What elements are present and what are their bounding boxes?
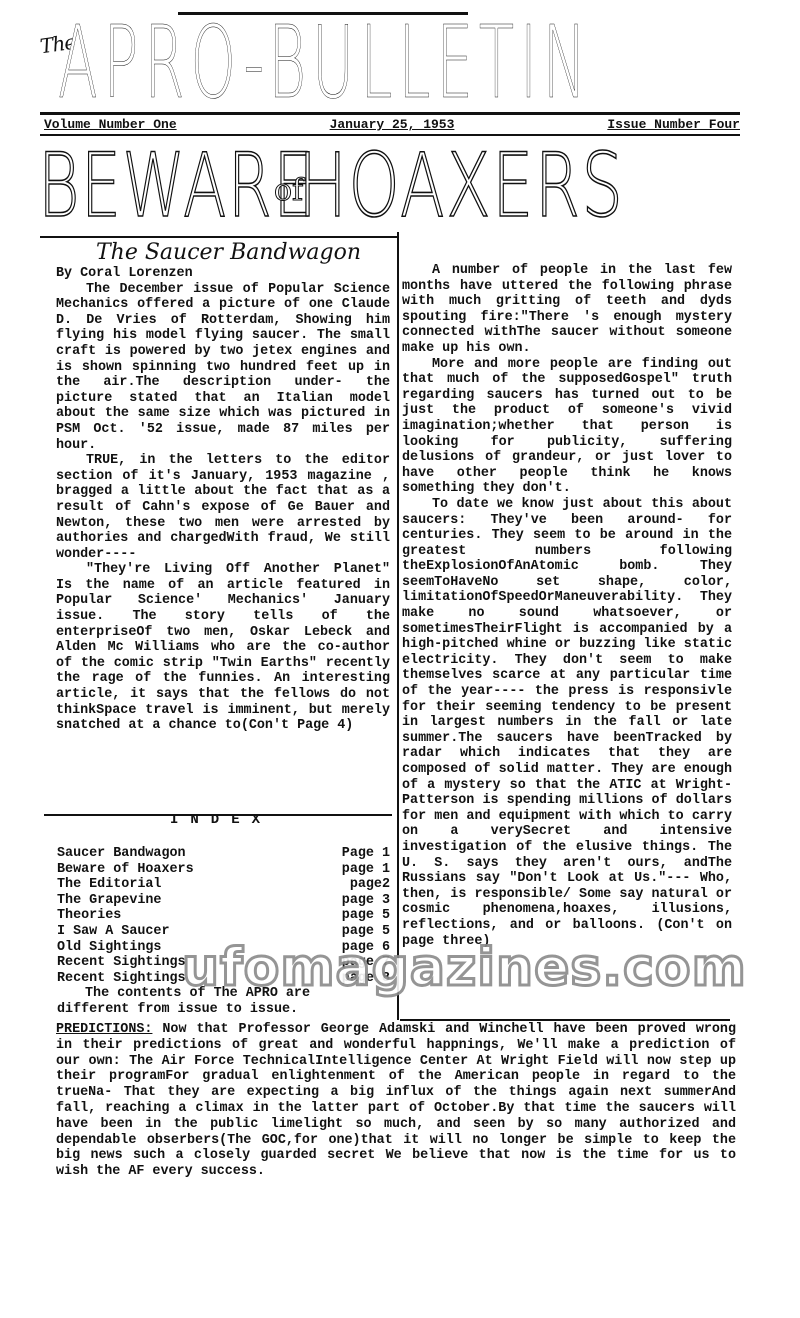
index-entry-label: The Editorial [57, 877, 161, 893]
index-entry: Saucer BandwagonPage 1 [57, 846, 390, 862]
index-entry-page: page 6 [342, 940, 390, 956]
index-entry: The Editorialpage2 [57, 877, 390, 893]
right-paragraph: A number of people in the last few month… [402, 263, 732, 357]
index-entry-page: page 7 [342, 955, 390, 971]
index-entry-label: Old Sightings [57, 940, 161, 956]
index-entry-label: Recent Sightings [57, 971, 186, 987]
bulletin-page: The APRO-BULLETIN Volume Number One Janu… [0, 0, 800, 1318]
left-article: By Coral Lorenzen The December issue of … [56, 266, 390, 734]
index-entry: Recent Sightingspage 7 [57, 955, 390, 971]
index-entry-page: page2 [350, 877, 390, 893]
headline-word-hoaxers: HOAXERS [298, 140, 624, 232]
masthead-rule [40, 112, 740, 115]
index-entry-page: page 3 [342, 893, 390, 909]
index-entry-page: page 5 [342, 924, 390, 940]
right-paragraph: More and more people are finding out tha… [402, 357, 732, 497]
left-paragraph: The December issue of Popular Science Me… [56, 282, 390, 454]
index-entry-label: Beware of Hoaxers [57, 862, 194, 878]
headline: BEWARE of HOAXERS [36, 140, 756, 232]
left-column-top-rule [40, 236, 398, 238]
right-paragraph: To date we know just about this about sa… [402, 497, 732, 949]
index-note-line: different from issue to issue. [57, 1002, 390, 1018]
predictions-section: PREDICTIONS: Now that Professor George A… [56, 1022, 736, 1180]
index-entry-label: Theories [57, 908, 121, 924]
left-paragraph: "They're Living Off Another Planet" Is t… [56, 562, 390, 734]
index-entry-label: I Saw A Saucer [57, 924, 170, 940]
index-entry: I Saw A Saucerpage 5 [57, 924, 390, 940]
index-entry: Beware of Hoaxerspage 1 [57, 862, 390, 878]
index-entry-label: Recent Sightings [57, 955, 186, 971]
predictions-text: Now that Professor George Adamski and Wi… [56, 1022, 736, 1179]
index-title: INDEX [56, 812, 386, 828]
issue-date: January 25, 1953 [330, 117, 455, 135]
issue-line: Volume Number One January 25, 1953 Issue… [44, 117, 740, 135]
right-article: A number of people in the last few month… [402, 263, 732, 949]
index-entry: Old Sightingspage 6 [57, 940, 390, 956]
index-note: The contents of The APRO are different f… [57, 986, 390, 1017]
index-entry-page: Page 1 [342, 846, 390, 862]
issue-number: Issue Number Four [607, 117, 740, 135]
index-entry-label: Saucer Bandwagon [57, 846, 186, 862]
byline: By Coral Lorenzen [56, 266, 390, 282]
index-entry-label: The Grapevine [57, 893, 161, 909]
index-note-line: The contents of The APRO are [57, 986, 390, 1002]
masthead-title: APRO-BULLETIN [58, 8, 592, 118]
index-entry: Theoriespage 5 [57, 908, 390, 924]
left-paragraph: TRUE, in the letters to the editor secti… [56, 453, 390, 562]
column-divider [397, 232, 399, 1020]
volume-label: Volume Number One [44, 117, 177, 135]
masthead: The APRO-BULLETIN [40, 8, 740, 120]
article-title: The Saucer Bandwagon [96, 240, 361, 265]
index-entry-page: page 1 [342, 862, 390, 878]
right-column-end-rule [400, 1019, 730, 1021]
index-entry-page: page 8 [342, 971, 390, 987]
index-entry: Recent Sightingspage 8 [57, 971, 390, 987]
index-entry-page: page 5 [342, 908, 390, 924]
index-list: Saucer BandwagonPage 1 Beware of Hoaxers… [57, 846, 390, 986]
predictions-label: PREDICTIONS: [56, 1022, 152, 1037]
index-entry: The Grapevinepage 3 [57, 893, 390, 909]
